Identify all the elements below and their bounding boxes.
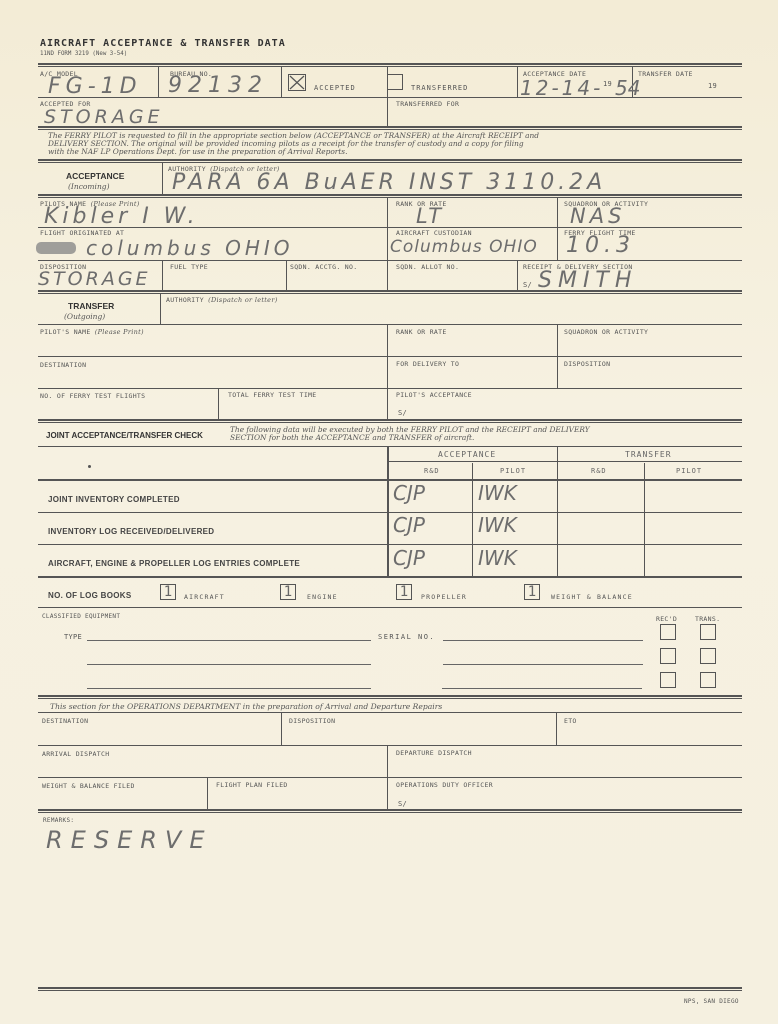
pilot-acceptance-label: PILOT'S ACCEPTANCE <box>396 391 472 399</box>
transfer-squadron-label: SQUADRON OR ACTIVITY <box>564 328 648 336</box>
printer-imprint: NPS, SAN DIEGO <box>684 998 739 1005</box>
divider <box>38 695 742 699</box>
joint-check-heading: JOINT ACCEPTANCE/TRANSFER CHECK <box>46 431 203 440</box>
ops-destination-label: DESTINATION <box>42 717 88 725</box>
divider <box>387 260 388 290</box>
serial-field-2[interactable] <box>443 664 643 665</box>
transfer-date-label: TRANSFER DATE <box>638 70 693 78</box>
trans-label: TRANS. <box>695 615 720 623</box>
divider <box>38 987 742 991</box>
joint-row-acc-pilot[interactable]: IWK <box>478 481 517 505</box>
divider <box>162 163 163 195</box>
divider <box>38 777 742 778</box>
transfer-subheading: (Outgoing) <box>64 312 105 321</box>
trans-checkbox-3[interactable] <box>700 672 716 688</box>
log-book-engine-box[interactable]: 1 <box>280 584 296 600</box>
custodian-value[interactable]: Columbus OHIO <box>390 237 538 257</box>
divider <box>387 461 742 462</box>
sqdn-allot-label: SQDN. ALLOT NO. <box>396 263 459 271</box>
joint-row-label: JOINT INVENTORY COMPLETED <box>48 495 180 504</box>
transfer-disposition-label: DISPOSITION <box>564 360 610 368</box>
log-book-engine-label: ENGINE <box>307 593 338 601</box>
log-book-propeller-label: PROPELLER <box>421 593 467 601</box>
type-field-2[interactable] <box>87 664 371 665</box>
divider <box>38 809 742 813</box>
transfer-pilots-name-hint: (Please Print) <box>95 328 144 336</box>
bureau-no-value[interactable]: 92132 <box>168 73 268 98</box>
remarks-label: REMARKS: <box>43 817 74 824</box>
transfer-authority-label: AUTHORITY <box>166 296 204 304</box>
divider <box>281 67 282 97</box>
transfer-heading: TRANSFER <box>68 301 114 311</box>
duty-officer-prefix: S/ <box>398 800 407 808</box>
receipt-sig-prefix: S/ <box>523 281 532 289</box>
joint-row-acc-rd[interactable]: CJP <box>393 546 425 570</box>
log-book-count: 1 <box>397 585 411 599</box>
log-book-aircraft-box[interactable]: 1 <box>160 584 176 600</box>
log-book-weight-balance-label: WEIGHT & BALANCE <box>551 593 633 601</box>
pilots-name-value[interactable]: Kibler I W. <box>44 204 199 229</box>
divider <box>38 324 742 325</box>
divider <box>38 745 742 746</box>
recd-checkbox-3[interactable] <box>660 672 676 688</box>
joint-row-tr-pilot[interactable] <box>644 546 742 576</box>
divider <box>38 607 742 608</box>
ops-eto-label: ETO <box>564 717 577 725</box>
x-mark-icon <box>289 75 305 90</box>
joint-row-tr-rd[interactable] <box>557 513 644 543</box>
remarks-value[interactable]: RESERVE <box>46 826 213 854</box>
log-book-propeller-box[interactable]: 1 <box>396 584 412 600</box>
acceptance-authority-value[interactable]: PARA 6A BuAER INST 3110.2A <box>172 170 606 195</box>
transferred-label: TRANSFERRED <box>411 84 468 92</box>
transfer-column-header: TRANSFER <box>625 450 672 459</box>
trans-checkbox-2[interactable] <box>700 648 716 664</box>
joint-row-label: AIRCRAFT, ENGINE & PROPELLER LOG ENTRIES… <box>48 559 300 568</box>
divider <box>38 356 742 357</box>
scribble-out-mark <box>36 242 76 254</box>
joint-check-note-2: SECTION for both the ACCEPTANCE and TRAN… <box>230 434 474 442</box>
instructions-line-3: with the NAF LP Operations Dept. for use… <box>48 148 347 156</box>
joint-row-acc-pilot[interactable]: IWK <box>478 546 517 570</box>
accepted-label: ACCEPTED <box>314 84 356 92</box>
serial-field-1[interactable] <box>443 640 643 641</box>
divider <box>38 260 742 261</box>
serial-field-3[interactable] <box>442 688 642 689</box>
transfer-authority-hint: (Dispatch or letter) <box>208 296 277 304</box>
divider <box>387 446 389 576</box>
divider <box>38 712 742 713</box>
transferred-checkbox[interactable] <box>387 74 403 90</box>
squadron-value[interactable]: NAS <box>570 204 625 228</box>
acceptance-column-header: ACCEPTANCE <box>438 450 496 459</box>
tr-pilot-subheader: PILOT <box>676 467 702 475</box>
type-field-1[interactable] <box>87 640 371 641</box>
dot-mark <box>88 465 91 468</box>
divider <box>38 419 742 423</box>
departure-dispatch-label: DEPARTURE DISPATCH <box>396 749 472 757</box>
joint-row-label: INVENTORY LOG RECEIVED/DELIVERED <box>48 527 214 536</box>
serial-label: SERIAL NO. <box>378 633 435 641</box>
ferry-time-value[interactable]: 10.3 <box>566 233 635 258</box>
accepted-for-value[interactable]: STORAGE <box>44 106 164 128</box>
form-page: AIRCRAFT ACCEPTANCE & TRANSFER DATA 11ND… <box>0 0 778 1024</box>
divider <box>38 388 742 389</box>
log-book-weight-balance-box[interactable]: 1 <box>524 584 540 600</box>
duty-officer-label: OPERATIONS DUTY OFFICER <box>396 781 493 789</box>
pilot-acceptance-prefix: S/ <box>398 409 407 417</box>
joint-row-tr-rd[interactable] <box>557 481 644 511</box>
form-title: AIRCRAFT ACCEPTANCE & TRANSFER DATA <box>40 38 286 49</box>
acceptance-heading: ACCEPTANCE <box>66 171 124 181</box>
divider <box>281 712 282 745</box>
wb-filed-label: WEIGHT & BALANCE FILED <box>42 782 135 790</box>
log-book-count: 1 <box>161 585 175 599</box>
recd-checkbox-2[interactable] <box>660 648 676 664</box>
divider <box>38 544 742 545</box>
acc-rd-subheader: R&D <box>424 467 440 475</box>
divider <box>517 67 518 97</box>
ac-model-value[interactable]: FG-1D <box>48 74 142 99</box>
sqdn-acctg-label: SQDN. ACCTG. NO. <box>290 263 357 271</box>
operations-note: This section for the OPERATIONS DEPARTME… <box>50 703 442 711</box>
fuel-type-label: FUEL TYPE <box>170 263 208 271</box>
divider <box>207 777 208 809</box>
rank-value[interactable]: LT <box>416 204 443 228</box>
divider <box>38 126 742 130</box>
divider <box>162 260 163 290</box>
form-number: 11ND FORM 3219 (New 3-54) <box>40 51 127 57</box>
acceptance-subheading: (Incoming) <box>68 182 110 191</box>
disposition-value[interactable]: STORAGE <box>38 268 151 290</box>
classified-label: CLASSIFIED EQUIPMENT <box>42 613 120 620</box>
log-book-aircraft-label: AIRCRAFT <box>184 593 225 601</box>
test-time-label: TOTAL FERRY TEST TIME <box>228 391 316 399</box>
tr-rd-subheader: R&D <box>591 467 607 475</box>
divider <box>218 388 219 420</box>
transfer-rank-label: RANK OR RATE <box>396 328 447 336</box>
accepted-checkbox[interactable] <box>288 74 306 91</box>
divider <box>38 446 742 447</box>
divider <box>38 97 742 98</box>
transferred-for-label: TRANSFERRED FOR <box>396 100 459 108</box>
recd-label: REC'D <box>656 615 677 623</box>
divider <box>387 324 388 420</box>
transfer-destination-label: DESTINATION <box>40 361 86 369</box>
recd-checkbox-1[interactable] <box>660 624 676 640</box>
joint-row-acc-rd[interactable]: CJP <box>393 513 425 537</box>
type-label: TYPE <box>64 633 82 641</box>
flight-origin-value[interactable]: columbus OHIO <box>86 236 294 260</box>
log-book-count: 1 <box>525 585 539 599</box>
divider <box>38 576 742 578</box>
trans-checkbox-1[interactable] <box>700 624 716 640</box>
acceptance-year-prefix: 19 <box>603 80 612 88</box>
log-book-count: 1 <box>281 585 295 599</box>
divider <box>38 194 742 198</box>
divider <box>38 159 742 163</box>
acc-pilot-subheader: PILOT <box>500 467 526 475</box>
arrival-dispatch-label: ARRIVAL DISPATCH <box>42 750 109 758</box>
type-field-3[interactable] <box>87 688 371 689</box>
divider <box>556 712 557 745</box>
divider <box>38 290 742 294</box>
transfer-delivery-to-label: FOR DELIVERY TO <box>396 360 459 368</box>
log-books-label: NO. OF LOG BOOKS <box>48 591 131 600</box>
joint-row-acc-rd[interactable]: CJP <box>393 481 425 505</box>
divider <box>387 198 388 260</box>
flight-plan-label: FLIGHT PLAN FILED <box>216 781 288 789</box>
joint-row-tr-pilot[interactable] <box>644 481 742 511</box>
divider <box>158 67 159 97</box>
custodian-label: AIRCRAFT CUSTODIAN <box>396 229 472 237</box>
divider <box>286 260 287 290</box>
ops-disposition-label: DISPOSITION <box>289 717 335 725</box>
transfer-year-prefix: 19 <box>708 82 717 90</box>
divider <box>38 227 742 228</box>
divider <box>517 260 518 290</box>
joint-row-tr-pilot[interactable] <box>644 513 742 543</box>
joint-row-acc-pilot[interactable]: IWK <box>478 513 517 537</box>
transfer-pilots-name-label: PILOT'S NAME <box>40 328 91 336</box>
divider <box>160 294 161 324</box>
divider <box>38 63 742 67</box>
test-flights-label: NO. OF FERRY TEST FLIGHTS <box>40 392 145 400</box>
divider <box>557 198 558 260</box>
joint-row-tr-rd[interactable] <box>557 546 644 576</box>
